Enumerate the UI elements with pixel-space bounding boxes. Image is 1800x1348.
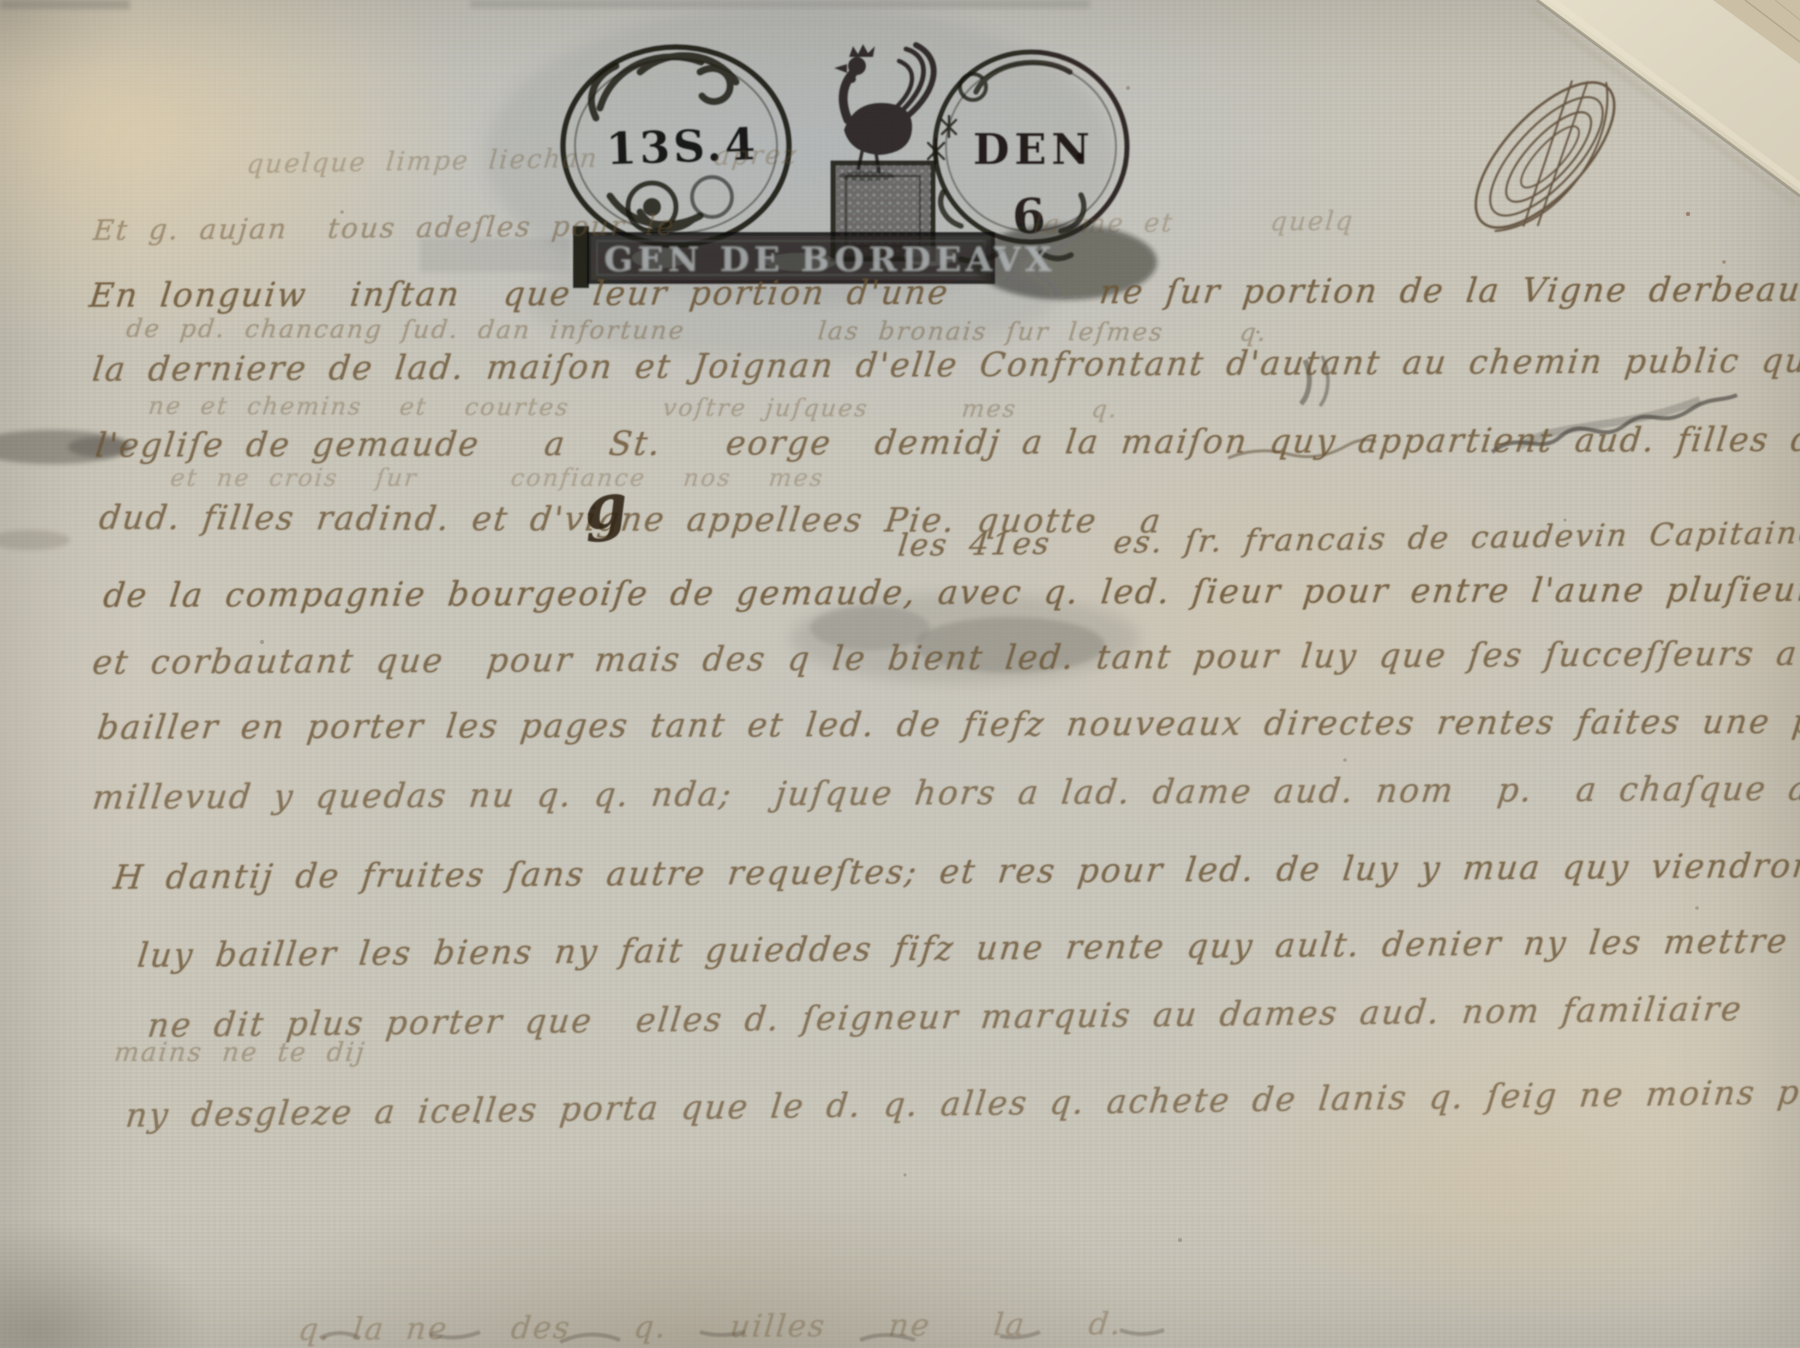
manuscript-line: et ne crois ſur confiance nos mes — [169, 464, 826, 492]
top-edge-shadow — [0, 0, 130, 9]
manuscript-line: Et g. aujan tous adeſles pour le — [92, 209, 677, 247]
manuscript-line: l'egliſe de gemaude a St. eorge demidj a… — [93, 419, 1800, 465]
stamp-denomination-right: DEN — [973, 125, 1095, 174]
red-fleck — [1686, 212, 1690, 216]
manuscript-line: la me et quelq — [1032, 207, 1355, 240]
manuscript-line: bailler en porter les pages tant et led.… — [95, 701, 1800, 747]
manuscript-line: En longuiw inſtan que leur portion d'une… — [87, 269, 1800, 315]
bold-ink-letter: g — [582, 469, 630, 545]
manuscript-line: mains ne te dij — [113, 1038, 367, 1068]
manuscript-line: q. la ne des q. uilles ne la d. — [296, 1306, 1124, 1348]
manuscript-line: ne et chemins et courtes voſtre juſques … — [147, 392, 1120, 423]
manuscript-line: de pd. chancang ſud. dan infortune las b… — [125, 314, 1269, 347]
red-fleck — [1722, 260, 1726, 264]
manuscript-line: de la compagnie bourgeoiſe de gemaude, a… — [101, 569, 1800, 615]
parchment-page: 13S.4 — [0, 0, 1800, 1348]
